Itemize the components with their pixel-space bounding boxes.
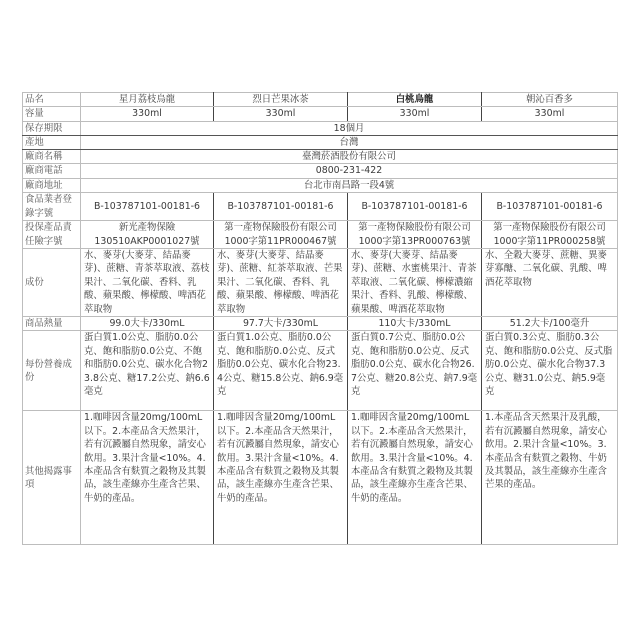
- notes-2: 1.咖啡因含量20mg/100mL以下。2.本產品含天然果汁，若有沉澱屬自然現象…: [214, 411, 348, 545]
- insurance-no-4: 1000字第11PR000258號: [485, 235, 614, 248]
- row-ingredients: 成份 水、麥芽(大麥芽、結晶麥芽)、蔗糖、青茶萃取液、荔枝果汁、二氧化碳、香料、…: [23, 249, 618, 317]
- insurance-company-2: 第一產物保險股份有限公司: [217, 221, 344, 234]
- insurance-4: 第一產物保險股份有限公司 1000字第11PR000258號: [482, 221, 618, 249]
- row-shelf-life: 保存期限 18個月: [23, 121, 618, 135]
- product-name-4: 朝沁百香多: [482, 93, 618, 107]
- row-maker-name: 廠商名稱 臺灣菸酒股份有限公司: [23, 150, 618, 164]
- nutrition-2: 蛋白質1.0公克、脂肪0.0公克、飽和脂肪0.0公克、反式脂肪0.0公克、碳水化…: [214, 331, 348, 411]
- row-calories: 商品熱量 99.0大卡/330mL 97.7大卡/330mL 110大卡/330…: [23, 317, 618, 331]
- label-nutrition: 每份營養成份: [23, 331, 81, 411]
- row-maker-address: 廠商地址 台北市南昌路一段4號: [23, 178, 618, 192]
- nutrition-1: 蛋白質1.0公克、脂肪0.0公克、飽和脂肪0.0公克、不飽和脂肪0.0公克、碳水…: [81, 331, 214, 411]
- label-name: 品名: [23, 93, 81, 107]
- row-notes: 其他揭露事項 1.咖啡因含量20mg/100mL以下。2.本產品含天然果汁，若有…: [23, 411, 618, 545]
- label-insurance: 投保產品責任險字號: [23, 221, 81, 249]
- notes-3: 1.咖啡因含量20mg/100mL以下。2.本產品含天然果汁，若有沉澱屬自然現象…: [348, 411, 482, 545]
- maker-phone-value: 0800-231-422: [81, 164, 618, 178]
- row-product-name: 品名 星月荔枝烏龍 烈日芒果冰茶 白桃烏龍 朝沁百香多: [23, 93, 618, 107]
- label-maker-name: 廠商名稱: [23, 150, 81, 164]
- insurance-no-2: 1000字第11PR000467號: [217, 235, 344, 248]
- insurance-no-1: 130510AKP0001027號: [84, 235, 210, 248]
- nutrition-4: 蛋白質0.3公克、脂肪0.3公克、飽和脂肪0.0公克、反式脂肪0.0公克、碳水化…: [482, 331, 618, 411]
- row-registration: 食品業者登錄字號 B-103787101-00181-6 B-103787101…: [23, 193, 618, 221]
- insurance-company-4: 第一產物保險股份有限公司: [485, 221, 614, 234]
- product-name-3: 白桃烏龍: [348, 93, 482, 107]
- registration-1: B-103787101-00181-6: [81, 193, 214, 221]
- ingredients-1: 水、麥芽(大麥芽、結晶麥芽)、蔗糖、青茶萃取液、荔枝果汁、二氧化碳、香料、乳酸、…: [81, 249, 214, 317]
- row-origin: 產地 台灣: [23, 135, 618, 149]
- calories-2: 97.7大卡/330mL: [214, 317, 348, 331]
- insurance-company-1: 新光產物保險: [84, 221, 210, 234]
- calories-3: 110大卡/330mL: [348, 317, 482, 331]
- label-maker-address: 廠商地址: [23, 178, 81, 192]
- insurance-2: 第一產物保險股份有限公司 1000字第11PR000467號: [214, 221, 348, 249]
- ingredients-3: 水、麥芽(大麥芽、結晶麥芽)、蔗糖、水蜜桃果汁、青茶萃取液、二氧化碳、檸檬濃縮果…: [348, 249, 482, 317]
- nutrition-3: 蛋白質0.7公克、脂肪0.0公克、飽和脂肪0.0公克、反式脂肪0.0公克、碳水化…: [348, 331, 482, 411]
- ingredients-2: 水、麥芽(大麥芽、結晶麥芽)、蔗糖、紅茶萃取液、芒果果汁、二氧化碳、香料、乳酸、…: [214, 249, 348, 317]
- label-registration: 食品業者登錄字號: [23, 193, 81, 221]
- shelf-life-value: 18個月: [81, 121, 618, 135]
- label-notes: 其他揭露事項: [23, 411, 81, 545]
- notes-1: 1.咖啡因含量20mg/100mL以下。2.本產品含天然果汁，若有沉澱屬自然現象…: [81, 411, 214, 545]
- row-insurance: 投保產品責任險字號 新光產物保險 130510AKP0001027號 第一產物保…: [23, 221, 618, 249]
- product-info-sheet: 品名 星月荔枝烏龍 烈日芒果冰茶 白桃烏龍 朝沁百香多 容量 330ml 330…: [22, 92, 617, 545]
- label-calories: 商品熱量: [23, 317, 81, 331]
- ingredients-4: 水、全穀大麥芽、蔗糖、異麥芽寡醣、二氧化碳、乳酸、啤酒花萃取物: [482, 249, 618, 317]
- registration-2: B-103787101-00181-6: [214, 193, 348, 221]
- product-name-2: 烈日芒果冰茶: [214, 93, 348, 107]
- volume-1: 330ml: [81, 107, 214, 121]
- calories-4: 51.2大卡/100毫升: [482, 317, 618, 331]
- volume-3: 330ml: [348, 107, 482, 121]
- maker-name-value: 臺灣菸酒股份有限公司: [81, 150, 618, 164]
- volume-4: 330ml: [482, 107, 618, 121]
- maker-address-value: 台北市南昌路一段4號: [81, 178, 618, 192]
- label-ingredients: 成份: [23, 249, 81, 317]
- label-volume: 容量: [23, 107, 81, 121]
- label-origin: 產地: [23, 135, 81, 149]
- row-volume: 容量 330ml 330ml 330ml 330ml: [23, 107, 618, 121]
- row-nutrition: 每份營養成份 蛋白質1.0公克、脂肪0.0公克、飽和脂肪0.0公克、不飽和脂肪0…: [23, 331, 618, 411]
- insurance-company-3: 第一產物保險股份有限公司: [351, 221, 478, 234]
- label-shelf-life: 保存期限: [23, 121, 81, 135]
- volume-2: 330ml: [214, 107, 348, 121]
- insurance-1: 新光產物保險 130510AKP0001027號: [81, 221, 214, 249]
- calories-1: 99.0大卡/330mL: [81, 317, 214, 331]
- label-maker-phone: 廠商電話: [23, 164, 81, 178]
- notes-4: 1.本產品含天然果汁及乳酸，若有沉澱屬自然現象，請安心飲用。2.果汁含量<10%…: [482, 411, 618, 545]
- row-maker-phone: 廠商電話 0800-231-422: [23, 164, 618, 178]
- registration-3: B-103787101-00181-6: [348, 193, 482, 221]
- insurance-no-3: 1000字第13PR000763號: [351, 235, 478, 248]
- product-name-1: 星月荔枝烏龍: [81, 93, 214, 107]
- origin-value: 台灣: [81, 135, 618, 149]
- registration-4: B-103787101-00181-6: [482, 193, 618, 221]
- product-info-table: 品名 星月荔枝烏龍 烈日芒果冰茶 白桃烏龍 朝沁百香多 容量 330ml 330…: [22, 92, 618, 545]
- insurance-3: 第一產物保險股份有限公司 1000字第13PR000763號: [348, 221, 482, 249]
